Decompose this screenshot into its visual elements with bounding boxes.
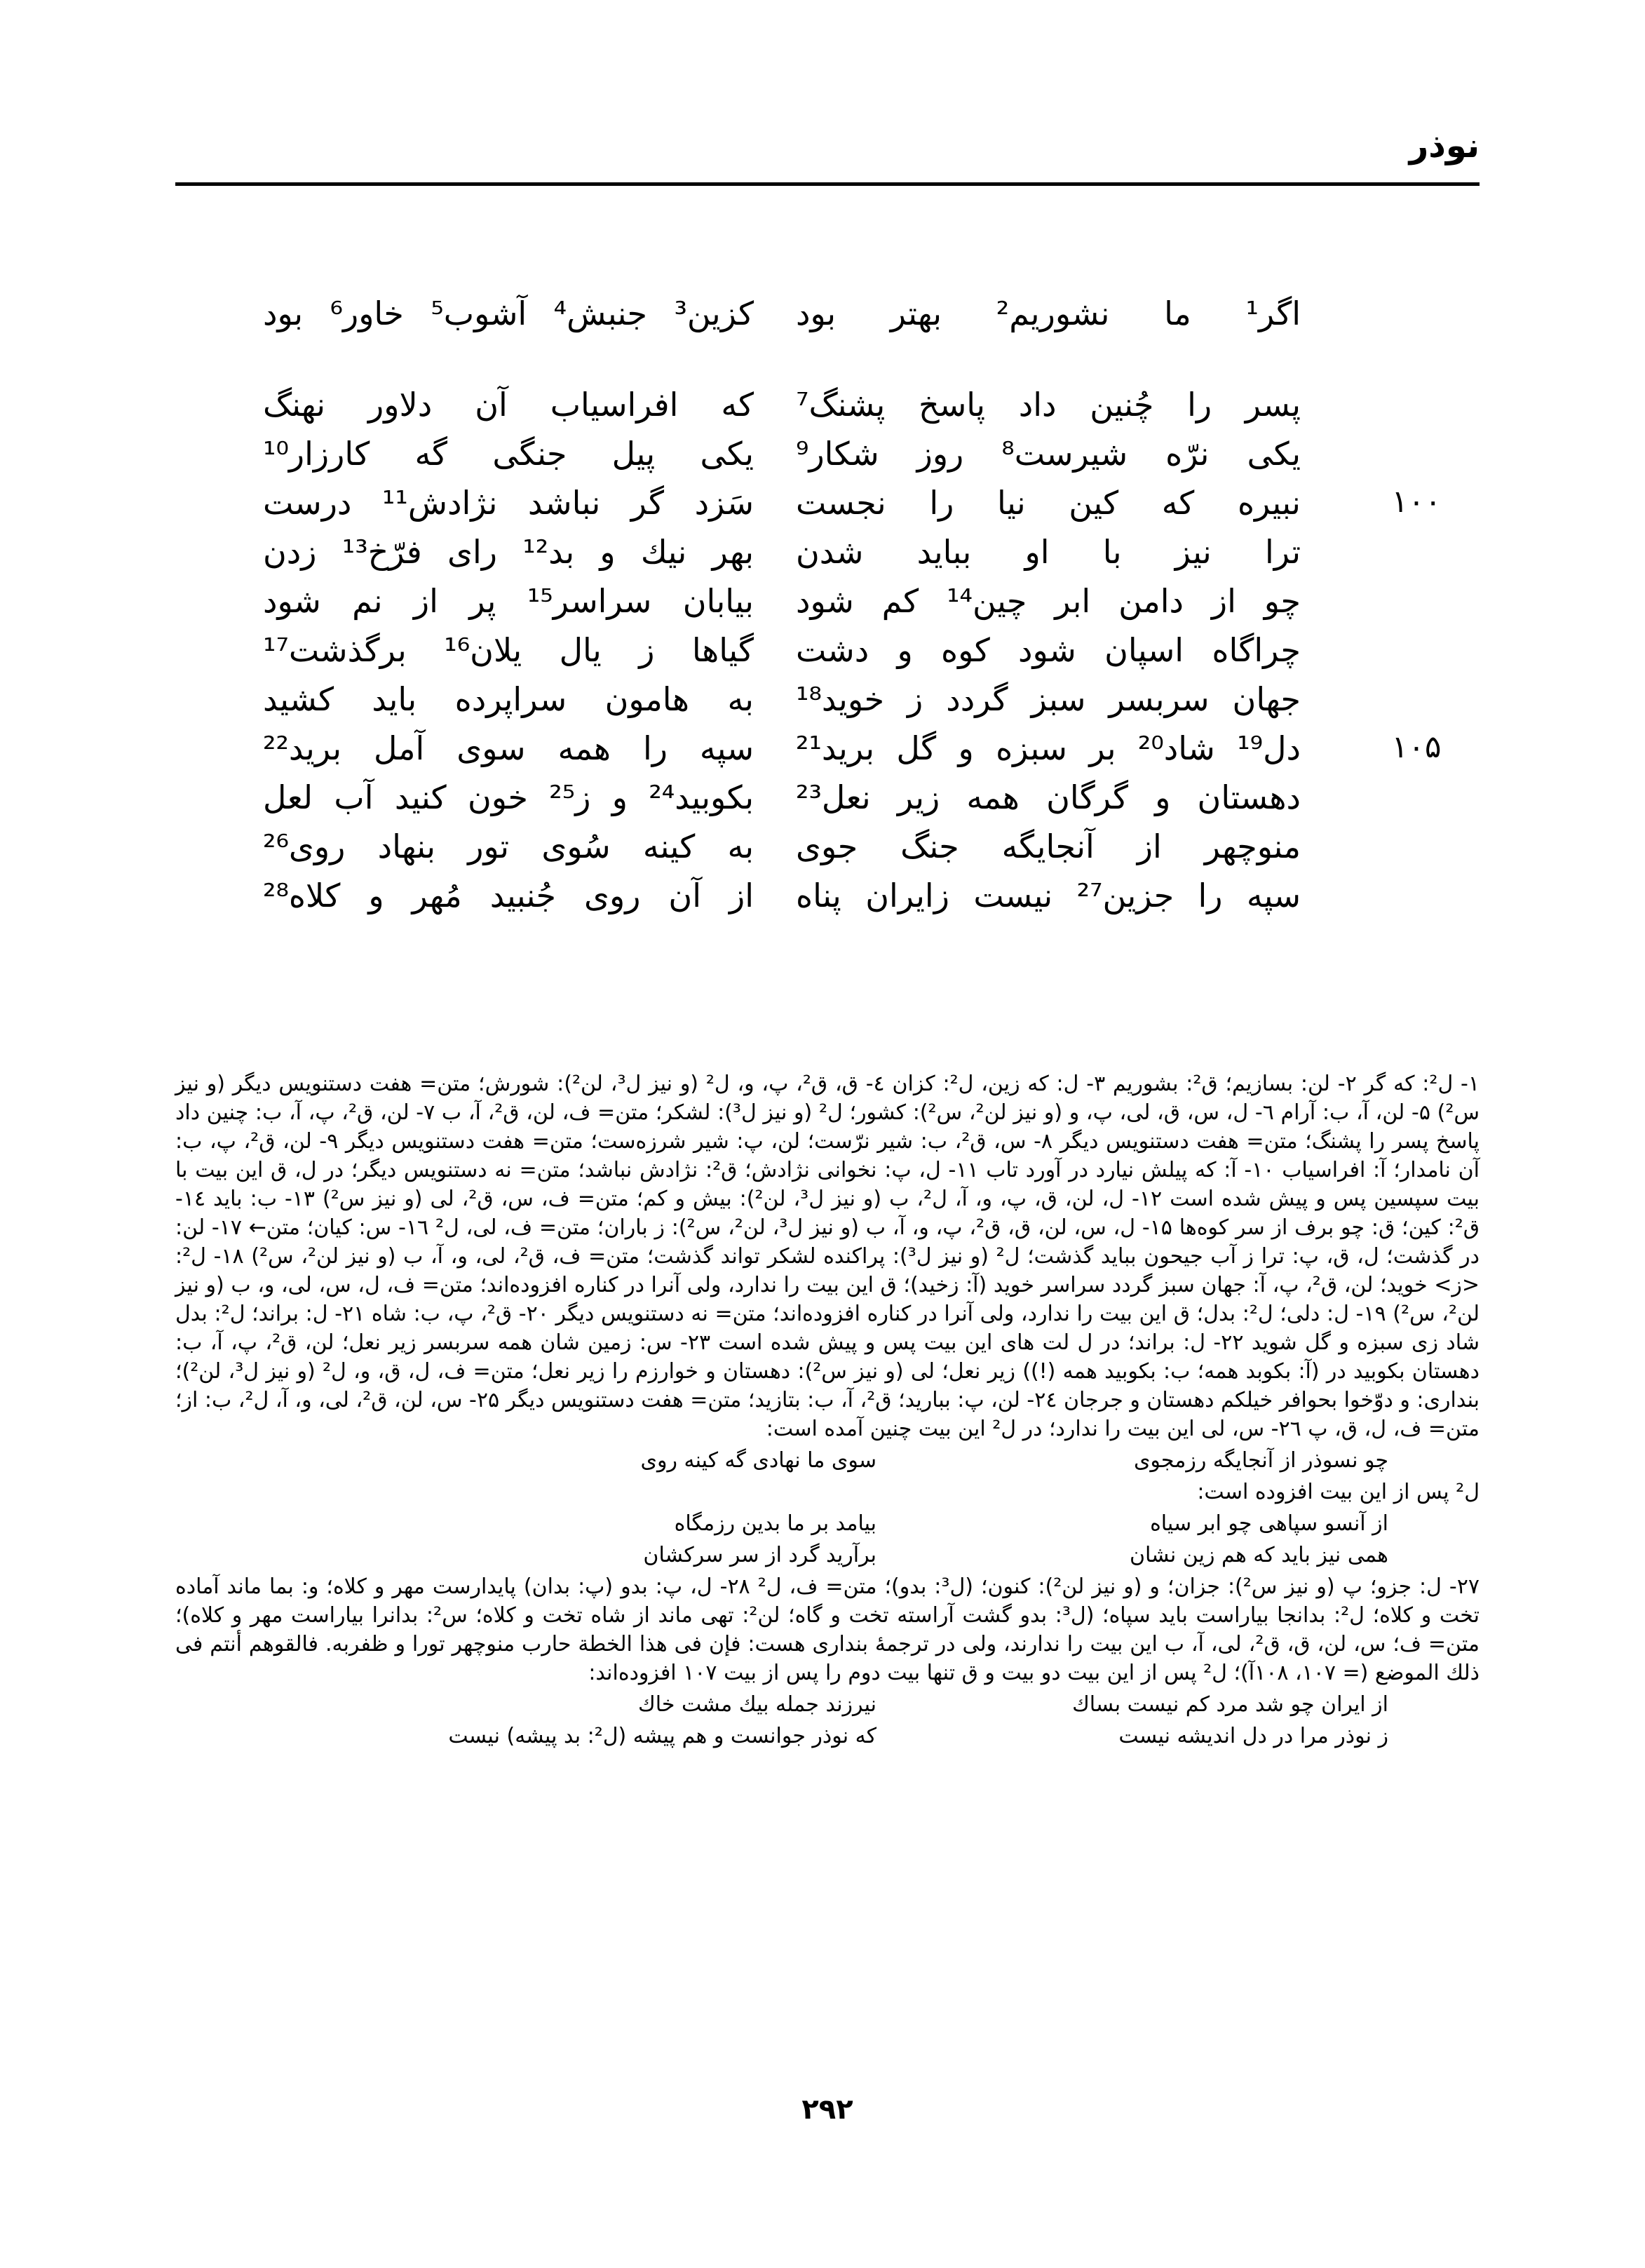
footnote-paragraph: ۲۷- ل: جزو؛ پ (و نیز س²): جزان؛ و (و نیز… [175,1572,1480,1687]
footnote-verse: همی نیز باید که هم زین نشان برآرید گرد ا… [175,1541,1480,1570]
hemistich-first: منوچهر از آنجایگه جنگ جوی [796,828,1301,865]
footnote-verse: چو نسوذر از آنجایگه رزمجوی سوی ما نهادی … [175,1446,1480,1475]
hemistich-second: که افراسیاب آن دلاور نهنگ [263,386,754,424]
hemistich-second: سپه را همه سوی آمل برید²² [263,729,754,767]
hemistich-first: پسر را چُنین داد پاسخ پشنگ⁷ [796,386,1301,424]
footnote-verse-second: سوی ما نهادی گه کینه روی [372,1446,876,1475]
hemistich-first: دهستان و گرگان همه زیر نعل²³ [796,778,1301,816]
hemistich-second: از آن روی جُنبید مُهر و کلاه²⁸ [263,877,754,914]
hemistich-second: کزین³ جنبش⁴ آشوب⁵ خاور⁶ بود [263,295,754,332]
hemistich-first: دل¹⁹ شاد²⁰ بر سبزه و گل برید²¹ [796,729,1301,767]
verse-line: منوچهر از آنجایگه جنگ جوی به کینه سُوی ت… [266,828,1458,877]
footnote-verse: از ایران چو شد مرد کم نیست بساك نیرزند ج… [175,1690,1480,1719]
footnote-verse-first: ز نوذر مرا در دل اندیشه نیست [876,1722,1480,1750]
hemistich-first: چراگاه اسپان شود کوه و دشت [796,631,1301,669]
verse-line: پسر را چُنین داد پاسخ پشنگ⁷ که افراسیاب … [266,386,1458,435]
footnote-verse: ز نوذر مرا در دل اندیشه نیست که نوذر جوا… [175,1722,1480,1750]
verse-line: ۱۰۰ نبیره که کین نیا را نجست سَزد گر نبا… [266,484,1458,533]
footnote-verse-first: همی نیز باید که هم زین نشان [876,1541,1480,1570]
footnote-verse-first: چو نسوذر از آنجایگه رزمجوی [876,1446,1480,1475]
hemistich-second: بکوبید²⁴ و ز²⁵ خون کنید آب لعل [263,778,754,816]
verse-line: اگر¹ ما نشوریم² بهتر بود کزین³ جنبش⁴ آشو… [266,295,1458,344]
hemistich-second: به هامون سراپرده باید کشید [263,680,754,718]
verse-line: یکی نرّه شیرست⁸ روز شکار⁹ یکی پیل جنگی گ… [266,435,1458,484]
footnote-verse-first: از آنسو سپاهی چو ابر سیاه [876,1509,1480,1538]
hemistich-second: بیابان سراسر¹⁵ پر از نم شود [263,582,754,620]
footnote-verse-second: نیرزند جمله بیك مشت خاك [372,1690,876,1719]
verse-line: دهستان و گرگان همه زیر نعل²³ بکوبید²⁴ و … [266,778,1458,828]
verse-line: سپه را جزین²⁷ نیست زایران پناه از آن روی… [266,877,1458,926]
hemistich-first: جهان سربسر سبز گردد ز خوید¹⁸ [796,680,1301,718]
hemistich-second: سَزد گر نباشد نژادش¹¹ درست [263,484,754,522]
hemistich-second: بهر نیك و بد¹² رای فرّخ¹³ زدن [263,533,754,571]
hemistich-first: نبیره که کین نیا را نجست [796,484,1301,522]
page-number: ۲۹۲ [771,2093,884,2126]
footnote-paragraph: ل² پس از این بیت افزوده است: [175,1478,1480,1506]
verse-line: ترا نیز با او بباید شدن بهر نیك و بد¹² ر… [266,533,1458,582]
hemistich-second: گیاها ز یال یلان¹⁶ برگذشت¹⁷ [263,631,754,669]
hemistich-first: ترا نیز با او بباید شدن [796,533,1301,571]
verse-line: چراگاه اسپان شود کوه و دشت گیاها ز یال ی… [266,631,1458,680]
footnote-verse-second: که نوذر جوانست و هم پیشه (ل²: بد پیشه) ن… [372,1722,876,1750]
hemistich-second: یکی پیل جنگی گه کارزار¹⁰ [263,435,754,473]
footnote-paragraph: ۱- ل²: که گر ۲- لن: بسازیم؛ ق²: بشوریم ۳… [175,1069,1480,1443]
verse-line: جهان سربسر سبز گردد ز خوید¹⁸ به هامون سر… [266,680,1458,729]
footnote-verse-second: برآرید گرد از سر سرکشان [372,1541,876,1570]
verse-line: چو از دامن ابر چین¹⁴ کم شود بیابان سراسر… [266,582,1458,631]
hemistich-first: چو از دامن ابر چین¹⁴ کم شود [796,582,1301,620]
hemistich-first: یکی نرّه شیرست⁸ روز شکار⁹ [796,435,1301,473]
hemistich-first: سپه را جزین²⁷ نیست زایران پناه [796,877,1301,914]
verse-line: ۱۰۵ دل¹⁹ شاد²⁰ بر سبزه و گل برید²¹ سپه ر… [266,729,1458,778]
hemistich-second: به کینه سُوی تور بنهاد روی²⁶ [263,828,754,865]
page-header: نوذر [175,119,1480,186]
footnotes: ۱- ل²: که گر ۲- لن: بسازیم؛ ق²: بشوریم ۳… [175,1069,1480,1753]
verse-number: ۱۰۵ [1374,729,1458,765]
hemistich-first: اگر¹ ما نشوریم² بهتر بود [796,295,1301,332]
footnote-verse-first: از ایران چو شد مرد کم نیست بساك [876,1690,1480,1719]
footnote-verse: از آنسو سپاهی چو ابر سیاه بیامد بر ما بد… [175,1509,1480,1538]
verse-number: ۱۰۰ [1374,484,1458,520]
running-head-title: نوذر [1409,126,1480,166]
footnote-verse-second: بیامد بر ما بدین رزمگاه [372,1509,876,1538]
